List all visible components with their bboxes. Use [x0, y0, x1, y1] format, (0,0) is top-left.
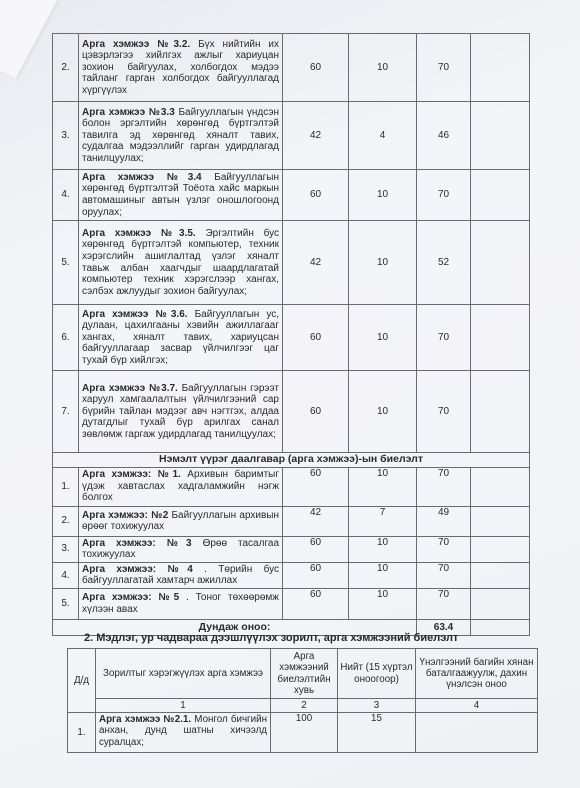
- score-col-2: 60: [283, 536, 349, 562]
- table-row: 3.Арга хэмжээ: №3 Өрөө тасалгаа тохижуул…: [53, 536, 530, 562]
- score-col-2: 60: [283, 170, 349, 221]
- score-col-3: 10: [349, 221, 417, 305]
- activity-description: Арга хэмжээ №2.1. Монгол бичгийн анхан, …: [96, 713, 271, 753]
- score-col-2: 60: [283, 371, 349, 453]
- activity-title: Арга хэмжээ: №1.: [82, 469, 181, 480]
- row-number: 2.: [53, 506, 79, 536]
- row-number: 3.: [53, 102, 79, 170]
- score-col-3: 10: [349, 34, 417, 102]
- section-header-row: Нэмэлт үүрэг даалгавар (арга хэмжээ)-ын …: [53, 453, 530, 468]
- table-row: 2.Арга хэмжээ: №2 Байгууллагын архивын ө…: [53, 506, 530, 536]
- header-index: Д/д: [68, 649, 96, 713]
- header-total-score: Нийт (15 хүртэл оноогоор): [338, 649, 416, 699]
- table-row: 4.Арга хэмжээ: №4 . Төрийн бус байгуулла…: [53, 562, 530, 588]
- reviewed-score: [471, 305, 530, 371]
- score-col-2: 42: [283, 221, 349, 305]
- score-col-2: 60: [283, 34, 349, 102]
- col-number: 1: [96, 699, 271, 713]
- score-col-4: 70: [417, 467, 471, 506]
- header-reviewed-score: Үнэлгээний багийн хянан баталгаажуулж, д…: [416, 649, 538, 699]
- activity-title: Арга хэмжээ №3.5.: [82, 228, 196, 239]
- table-row: 5.Арга хэмжээ №3.5. Эргэлтийн бус хөрөнг…: [53, 221, 530, 305]
- activity-description: Арга хэмжээ №3.6. Байгууллагын ус, дулаа…: [79, 305, 283, 371]
- col-number: 4: [416, 699, 538, 713]
- score-col-2: 42: [283, 102, 349, 170]
- activity-description: Арга хэмжээ: №5 . Тоног төхөөрөмж хүлээн…: [79, 588, 283, 619]
- activity-description: Арга хэмжээ: №3 Өрөө тасалгаа тохижуулах: [79, 536, 283, 562]
- activity-title: Арга хэмжээ: №3: [82, 538, 192, 549]
- activity-title: Арга хэмжээ №3.6.: [82, 309, 188, 320]
- reviewed-score: [471, 170, 530, 221]
- activity-description: Арга хэмжээ: №2 Байгууллагын архивын өрө…: [79, 506, 283, 536]
- reviewed-score: [471, 467, 530, 506]
- reviewed-score: [471, 562, 530, 588]
- activity-description: Арга хэмжээ №3.4 Байгууллагын хөрөнгөд б…: [79, 170, 283, 221]
- activity-title: Арга хэмжээ: №5: [82, 592, 179, 603]
- row-number: 2.: [53, 34, 79, 102]
- row-number: 5.: [53, 588, 79, 619]
- score-col-3: 10: [349, 170, 417, 221]
- row-number: 7.: [53, 371, 79, 453]
- row-number: 5.: [53, 221, 79, 305]
- table-row: 1.Арга хэмжээ: №1. Архивын баримтыг үдэж…: [53, 467, 530, 506]
- activity-title: Арга хэмжээ №2.1.: [99, 714, 191, 725]
- header-activity: Зорилтыг хэрэгжүүлэх арга хэмжээ: [96, 649, 271, 699]
- reviewed-score: [471, 536, 530, 562]
- score-col-4: 52: [417, 221, 471, 305]
- score-col-2: 60: [283, 305, 349, 371]
- table-row: 3.Арга хэмжээ №3.3 Байгууллагын үндсэн б…: [53, 102, 530, 170]
- average-empty-cell: [471, 619, 530, 635]
- table-row: 7.Арга хэмжээ №3.7. Байгууллагын гэрээт …: [53, 371, 530, 453]
- table-row: 2.Арга хэмжээ №3.2. Бүх нийтийн их цэвэр…: [53, 34, 530, 102]
- score-col-4: 70: [417, 170, 471, 221]
- activity-description: Арга хэмжээ №3.2. Бүх нийтийн их цэвэрлэ…: [79, 34, 283, 102]
- reviewed-score: [471, 102, 530, 170]
- score-col-2: 60: [283, 467, 349, 506]
- skills-development-table: Д/д Зорилтыг хэрэгжүүлэх арга хэмжээ Арг…: [67, 648, 538, 753]
- score-col-3: 10: [349, 467, 417, 506]
- activity-title: Арга хэмжээ №3.4: [82, 172, 202, 183]
- score-col-4: 70: [417, 536, 471, 562]
- score-col-3: 10: [349, 536, 417, 562]
- activity-title: Арга хэмжээ №3.3: [82, 107, 175, 118]
- score-col-4: 70: [417, 34, 471, 102]
- score-col-4: 70: [417, 305, 471, 371]
- row-number: 6.: [53, 305, 79, 371]
- score-col-4: 70: [417, 588, 471, 619]
- row-number: 4.: [53, 170, 79, 221]
- score-col-3: 10: [349, 305, 417, 371]
- reviewed-score: [471, 588, 530, 619]
- score-col-3: 10: [349, 562, 417, 588]
- completion-percent: 100: [271, 713, 338, 753]
- activity-description: Арга хэмжээ: №4 . Төрийн бус байгууллага…: [79, 562, 283, 588]
- score-col-3: 7: [349, 506, 417, 536]
- table-row: 4.Арга хэмжээ №3.4 Байгууллагын хөрөнгөд…: [53, 170, 530, 221]
- activity-title: Арга хэмжээ №3.7.: [82, 383, 178, 394]
- score-col-2: 60: [283, 588, 349, 619]
- score-col-2: 60: [283, 562, 349, 588]
- header-completion-percent: Арга хэмжээний биелэлтийн хувь: [271, 649, 338, 699]
- score-col-4: 70: [417, 371, 471, 453]
- score-col-4: 70: [417, 562, 471, 588]
- activity-description: Арга хэмжээ №3.3 Байгууллагын үндсэн бол…: [79, 102, 283, 170]
- score-col-3: 10: [349, 588, 417, 619]
- table-row: 5.Арга хэмжээ: №5 . Тоног төхөөрөмж хүлэ…: [53, 588, 530, 619]
- row-number: 4.: [53, 562, 79, 588]
- score-col-3: 10: [349, 371, 417, 453]
- activity-title: Арга хэмжээ №3.2.: [82, 39, 190, 50]
- reviewed-score: [416, 713, 538, 753]
- table-row: 6.Арга хэмжээ №3.6. Байгууллагын ус, дул…: [53, 305, 530, 371]
- col-number: 2: [271, 699, 338, 713]
- score-col-4: 46: [417, 102, 471, 170]
- row-number: 3.: [53, 536, 79, 562]
- section-2-title: 2. Мэдлэг, ур чадвараа дээшлүүлэх зорилт…: [84, 632, 458, 644]
- reviewed-score: [471, 371, 530, 453]
- total-score: 15: [338, 713, 416, 753]
- row-number: 1.: [68, 713, 96, 753]
- activity-text: Эргэлтийн бус хөрөнгөд бүртгэлтэй компью…: [82, 228, 279, 297]
- reviewed-score: [471, 506, 530, 536]
- score-col-4: 49: [417, 506, 471, 536]
- activity-description: Арга хэмжээ: №1. Архивын баримтыг үдэж х…: [79, 467, 283, 506]
- score-col-2: 42: [283, 506, 349, 536]
- row-number: 1.: [53, 467, 79, 506]
- activity-description: Арга хэмжээ №3.7. Байгууллагын гэрээт ха…: [79, 371, 283, 453]
- table-row: 1. Арга хэмжээ №2.1. Монгол бичгийн анха…: [68, 713, 538, 753]
- col-number: 3: [338, 699, 416, 713]
- reviewed-score: [471, 34, 530, 102]
- score-col-3: 4: [349, 102, 417, 170]
- evaluation-table: 2.Арга хэмжээ №3.2. Бүх нийтийн их цэвэр…: [52, 33, 530, 636]
- additional-tasks-header: Нэмэлт үүрэг даалгавар (арга хэмжээ)-ын …: [53, 453, 530, 468]
- activity-title: Арга хэмжээ: №4: [82, 564, 193, 575]
- reviewed-score: [471, 221, 530, 305]
- activity-title: Арга хэмжээ: №2: [82, 510, 168, 521]
- activity-description: Арга хэмжээ №3.5. Эргэлтийн бус хөрөнгөд…: [79, 221, 283, 305]
